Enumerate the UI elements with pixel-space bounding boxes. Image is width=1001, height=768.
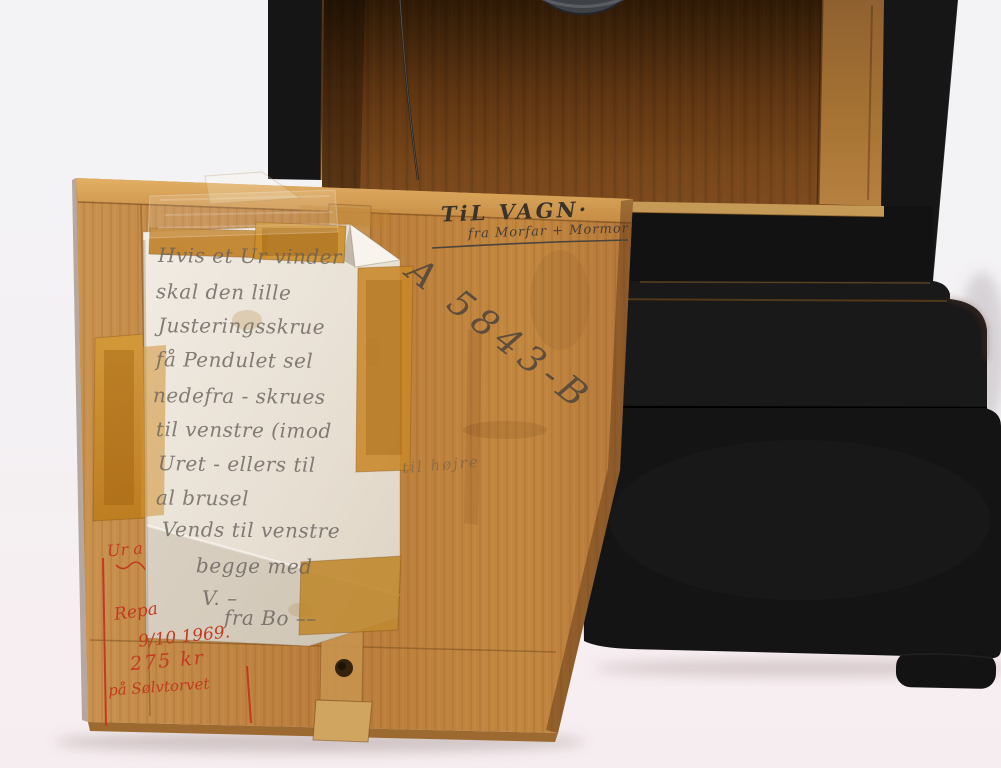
note-line: få Pendulet sel — [156, 347, 314, 373]
note-line: Uret - ellers til — [158, 451, 316, 477]
note-line: Hvis et Ur vinder — [158, 243, 342, 269]
note-line: al brusel — [156, 486, 249, 511]
panel-batten-foot — [313, 700, 372, 742]
interior-right-wall — [818, 0, 886, 206]
note-line: begge med — [196, 553, 313, 578]
red-note-ur: Ur a — [106, 538, 143, 560]
note-line: Vends til venstre — [162, 517, 340, 543]
case-left-stile — [268, 0, 324, 180]
note-line: fra Bo –– — [224, 606, 317, 631]
note-line: til venstre (imod — [156, 417, 332, 443]
tape-piece-left — [93, 334, 146, 521]
tape-piece-right — [356, 266, 413, 472]
dedication-to: TiL VAGN· — [441, 196, 590, 226]
note-line: skal den lille — [156, 279, 292, 304]
note-line: nedefra - skrues — [153, 383, 326, 409]
photo-scene: TiL VAGN· fra Morfar + Mormor A 5843-B t… — [0, 0, 1001, 768]
note-line: Justeringsskrue — [158, 313, 325, 339]
case-interior — [322, 0, 886, 208]
